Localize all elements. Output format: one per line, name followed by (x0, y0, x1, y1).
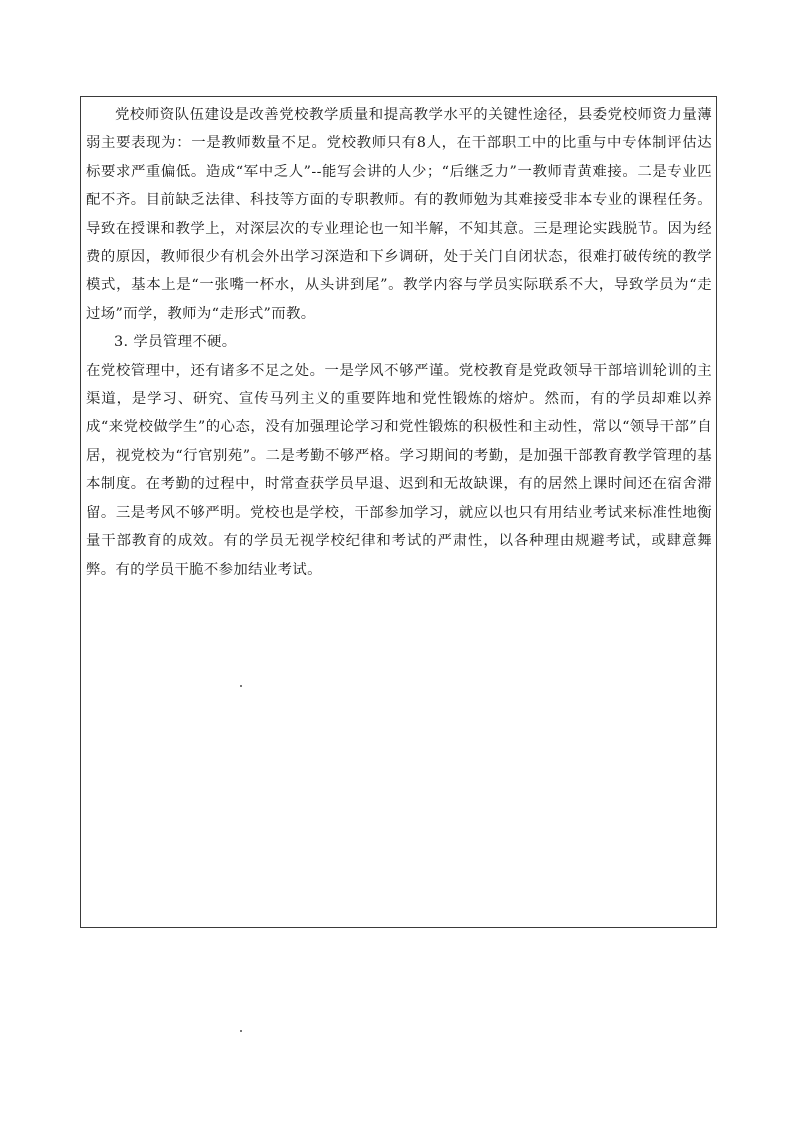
paragraph-management-issues: 在党校管理中，还有诸多不足之处。一是学风不够严谨。党校教育是党政领导干部培训轮训… (86, 357, 712, 584)
section-heading-student-management: 3. 学员管理不硬。 (86, 328, 712, 356)
paragraph-faculty-weakness: 党校师资队伍建设是改善党校教学质量和提高教学水平的关键性途径，县委党校师资力量薄… (86, 101, 712, 328)
scan-speck (240, 1030, 242, 1032)
scan-speck (240, 685, 242, 687)
document-body: 党校师资队伍建设是改善党校教学质量和提高教学水平的关键性途径，县委党校师资力量薄… (86, 101, 712, 584)
